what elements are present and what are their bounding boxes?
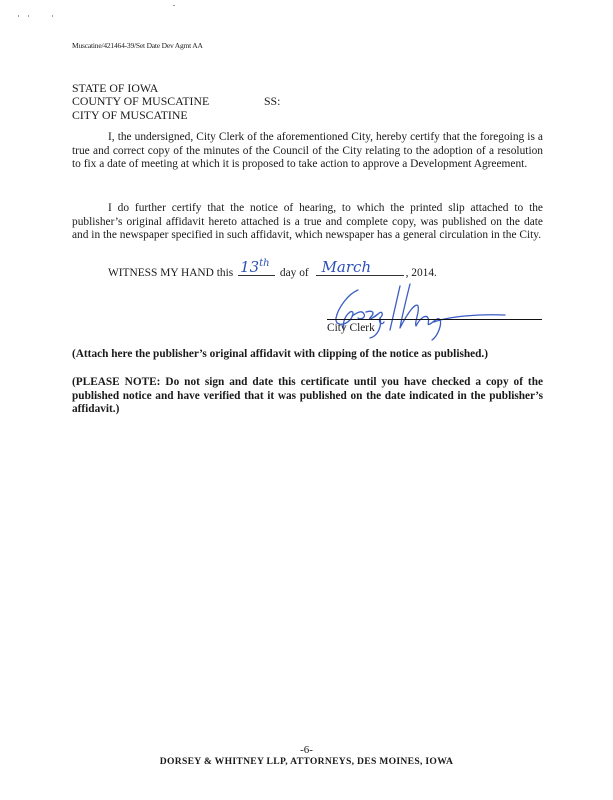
scan-mark [52, 15, 53, 17]
witness-year: , 2014. [406, 267, 437, 279]
signature-line [327, 319, 542, 320]
witness-line: WITNESS MY HAND this 13th day of March ,… [108, 264, 437, 279]
witness-mid: day of [280, 267, 309, 279]
caption-state: STATE OF IOWA [72, 82, 209, 95]
caption-county: COUNTY OF MUSCATINE [72, 95, 209, 108]
scan-mark [18, 15, 19, 17]
signature-title: City Clerk [327, 322, 375, 334]
scan-mark [28, 15, 29, 17]
venue-caption: STATE OF IOWA COUNTY OF MUSCATINE CITY O… [72, 82, 209, 122]
caption-city: CITY OF MUSCATINE [72, 109, 209, 122]
day-value: 13 [240, 258, 259, 276]
certification-paragraph: I, the undersigned, City Clerk of the af… [72, 131, 543, 172]
day-blank: 13th [238, 264, 275, 276]
handwritten-month: March [322, 260, 372, 275]
handwritten-day: 13th [240, 260, 270, 275]
attach-instruction: (Attach here the publisher’s original af… [72, 348, 543, 362]
please-note: (PLEASE NOTE: Do not sign and date this … [72, 376, 543, 417]
month-blank: March [316, 264, 404, 276]
witness-prefix: WITNESS MY HAND this [108, 267, 233, 279]
page-number: -6- [0, 744, 613, 756]
caption-ss: SS: [264, 95, 280, 108]
notice-paragraph: I do further certify that the notice of … [72, 202, 543, 243]
firm-footer: DORSEY & WHITNEY LLP, ATTORNEYS, DES MOI… [0, 756, 613, 767]
scan-mark [173, 5, 175, 6]
document-reference: Muscatine/421464-39/Set Date Dev Agmt AA [72, 41, 203, 50]
day-suffix: th [259, 258, 269, 269]
